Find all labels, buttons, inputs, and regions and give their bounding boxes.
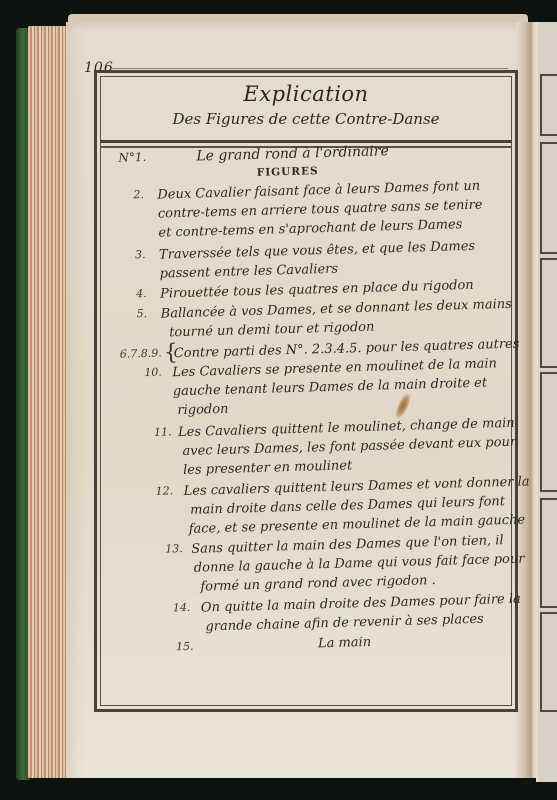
title-cartouche: Explication Des Figures de cette Contre-… <box>103 80 509 140</box>
figures-list: N°1. Le grand rond à l'ordinaire FIGURES… <box>108 135 523 706</box>
figure-number: 6.7.8.9. <box>120 348 162 360</box>
figure-number: 4. <box>136 288 147 299</box>
figure-number: 13. <box>165 543 183 554</box>
dance-number: N°1. <box>118 151 146 164</box>
figure-text: rigodon <box>177 403 228 417</box>
figures-heading-row: FIGURES <box>109 161 509 172</box>
figure-text: Pirouettée tous les quatres en place du … <box>160 279 474 301</box>
figure-number: 2. <box>133 189 144 200</box>
figures-heading: FIGURES <box>257 166 319 178</box>
figure-text: passent entre les Cavaliers <box>159 263 338 281</box>
figure-number: 5. <box>137 308 148 319</box>
figure-text: Traverssée tels que vous êtes, et que le… <box>159 240 475 262</box>
figure-text: les presenter en moulinet <box>183 459 353 477</box>
figure-text: avec leurs Dames, les font passée devant… <box>182 436 516 458</box>
facing-page-frame <box>540 372 557 492</box>
list-item: 6.7.8.9. { Contre parti des N°. 2.3.4.5.… <box>114 338 514 349</box>
list-item: 2. Deux Cavalier faisant face à leurs Da… <box>109 179 509 190</box>
list-item: 14. On quitte la main droite des Dames p… <box>121 593 521 604</box>
list-item: 13. Sans quitter la main des Dames que l… <box>119 534 519 545</box>
list-item: 11. Les Cavaliers quittent le moulinet, … <box>116 417 516 428</box>
figure-text: et contre-tems en s'aprochant de leurs D… <box>158 218 462 239</box>
list-item: 15. La main <box>122 632 522 643</box>
figure-number: 10. <box>144 367 162 378</box>
figure-number: 14. <box>173 602 191 613</box>
figure-text: gauche tenant leurs Dames de la main dro… <box>173 377 488 399</box>
page-subtitle: Des Figures de cette Contre-Danse <box>103 110 509 128</box>
list-item: 12. Les cavaliers quittent leurs Dames e… <box>118 476 518 487</box>
facing-page-frame <box>540 142 557 254</box>
photo-background-bottom <box>66 778 536 800</box>
figure-text: Ballancée à vos Dames, et se donnant les… <box>161 298 512 321</box>
figure-text: La main <box>318 636 371 650</box>
figure-number: 3. <box>135 249 146 260</box>
facing-page-frame <box>540 498 557 608</box>
figure-text: grande chaine afin de revenir à ses plac… <box>205 613 484 634</box>
facing-page-frame <box>540 74 557 136</box>
figure-text: formé un grand rond avec rigodon . <box>200 574 436 594</box>
dance-name: Le grand rond à l'ordinaire <box>196 144 389 163</box>
page-title: Explication <box>103 82 509 106</box>
list-item: 3. Traverssée tels que vous êtes, et que… <box>111 239 511 250</box>
figure-text: tourné un demi tour et rigodon <box>169 321 375 340</box>
facing-page-frame <box>540 612 557 712</box>
facing-page-fragment <box>538 22 557 782</box>
figure-text: face, et se presente en moulinet de la m… <box>189 514 526 536</box>
figure-text: donne la gauche à la Dame qui vous fait … <box>194 553 525 575</box>
header-rule <box>112 68 508 69</box>
figure-number: 15. <box>176 641 194 652</box>
figure-number: 11. <box>154 426 172 437</box>
figure-number: 12. <box>156 485 174 496</box>
facing-page-frame <box>540 258 557 368</box>
